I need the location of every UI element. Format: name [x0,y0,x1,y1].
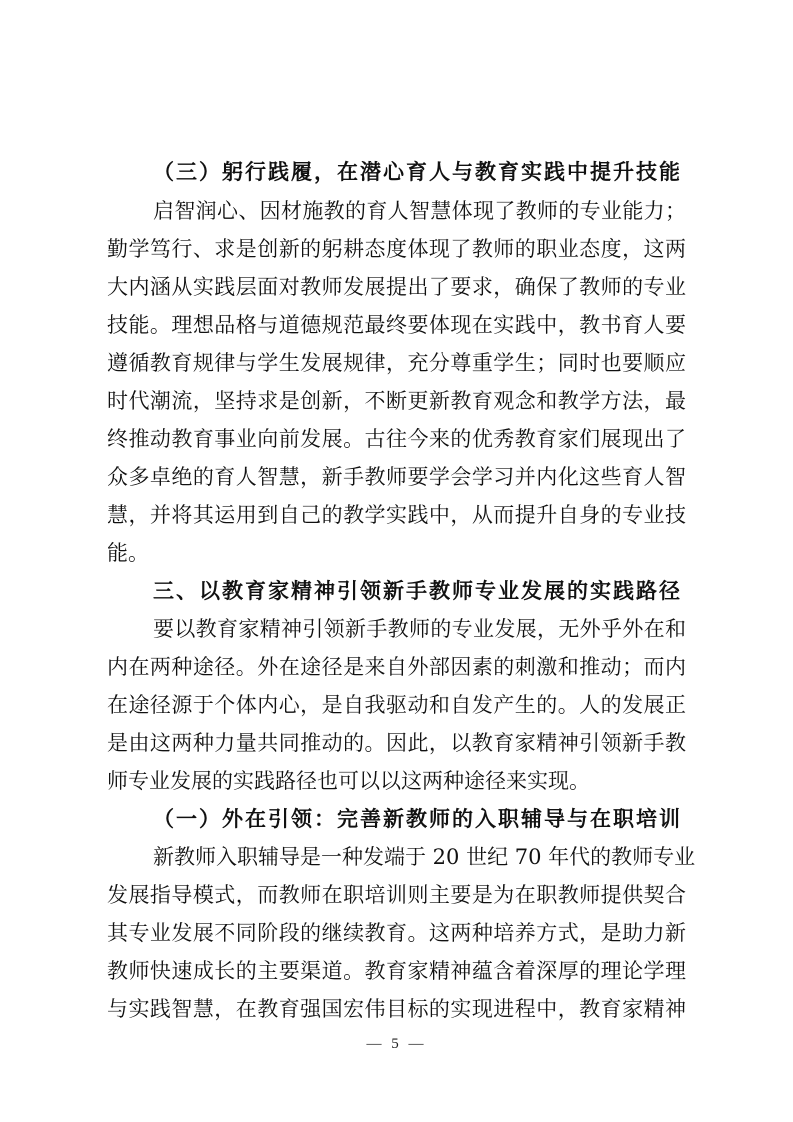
paragraph-line: 勤学笃行、求是创新的躬耕态度体现了教师的职业态度，这两 [107,230,686,268]
paragraph-line: 能。 [107,534,686,572]
paragraph-line: 遵循教育规律与学生发展规律，充分尊重学生；同时也要顺应 [107,344,686,382]
paragraph-line: 终推动教育事业向前发展。古往今来的优秀教育家们展现出了 [107,420,686,458]
paragraph-line: 慧，并将其运用到自己的教学实践中，从而提升自身的专业技 [107,496,686,534]
paragraph-line: 发展指导模式，而教师在职培训则主要是为在职教师提供契合 [107,876,686,914]
paragraph-line: 大内涵从实践层面对教师发展提出了要求，确保了教师的专业 [107,268,686,306]
paragraph-line: 新教师入职辅导是一种发端于 20 世纪 70 年代的教师专业 [153,838,686,876]
paragraph-line: 在途径源于个体内心，是自我驱动和自发产生的。人的发展正 [107,686,686,724]
paragraph-line: 时代潮流，坚持求是创新，不断更新教育观念和教学方法，最 [107,382,686,420]
paragraph-line: 启智润心、因材施教的育人智慧体现了教师的专业能力； [153,192,686,230]
document-page: （三）躬行践履，在潜心育人与教育实践中提升技能 启智润心、因材施教的育人智慧体现… [0,0,793,1122]
subheading-1: （一）外在引领：完善新教师的入职辅导与在职培训 [153,800,686,838]
paragraph-line: 教师快速成长的主要渠道。教育家精神蕴含着深厚的理论学理 [107,952,686,990]
paragraph-line: 内在两种途径。外在途径是来自外部因素的刺激和推动；而内 [107,648,686,686]
paragraph-line: 要以教育家精神引领新手教师的专业发展，无外乎外在和 [153,610,686,648]
subheading-3: （三）躬行践履，在潜心育人与教育实践中提升技能 [153,153,686,191]
paragraph-line: 技能。理想品格与道德规范最终要体现在实践中，教书育人要 [107,306,686,344]
paragraph-line: 与实践智慧，在教育强国宏伟目标的实现进程中，教育家精神 [107,990,686,1028]
paragraph-line: 其专业发展不同阶段的继续教育。这两种培养方式，是助力新 [107,914,686,952]
page-number: — 5 — [0,1036,793,1053]
paragraph-line: 是由这两种力量共同推动的。因此，以教育家精神引领新手教 [107,724,686,762]
paragraph-line: 众多卓绝的育人智慧，新手教师要学会学习并内化这些育人智 [107,458,686,496]
paragraph-line: 师专业发展的实践路径也可以以这两种途径来实现。 [107,762,686,800]
section-heading-3: 三、以教育家精神引领新手教师专业发展的实践路径 [153,572,686,610]
